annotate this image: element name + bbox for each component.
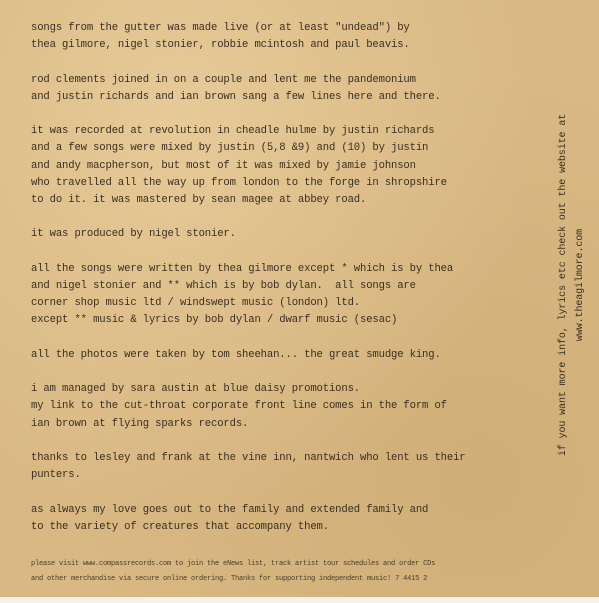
credits-line: and a few songs were mixed by justin (5,…: [31, 140, 531, 157]
credits-paragraph: it was recorded at revolution in cheadle…: [31, 123, 531, 209]
credits-line: thea gilmore, nigel stonier, robbie mcin…: [31, 37, 531, 54]
credits-paragraph: it was produced by nigel stonier.: [31, 226, 531, 243]
website-note-line: if you want more info, lyrics etc check …: [555, 65, 572, 505]
credits-line: thanks to lesley and frank at the vine i…: [31, 450, 531, 467]
credits-line: to the variety of creatures that accompa…: [31, 519, 531, 536]
credits-line: as always my love goes out to the family…: [31, 502, 531, 519]
website-note-vertical: if you want more info, lyrics etc check …: [555, 65, 589, 505]
credits-line: i am managed by sara austin at blue dais…: [31, 381, 531, 398]
credits-line: songs from the gutter was made live (or …: [31, 20, 531, 37]
credits-text: songs from the gutter was made live (or …: [31, 20, 531, 553]
credits-line: punters.: [31, 467, 531, 484]
website-url: www.theagilmore.com: [572, 65, 589, 505]
footer-line-1: please visit www.compassrecords.com to j…: [31, 557, 551, 572]
label-footer: please visit www.compassrecords.com to j…: [31, 557, 551, 586]
credits-line: and justin richards and ian brown sang a…: [31, 89, 531, 106]
credits-line: except ** music & lyrics by bob dylan / …: [31, 312, 531, 329]
credits-paragraph: thanks to lesley and frank at the vine i…: [31, 450, 531, 484]
footer-line-2: and other merchandise via secure online …: [31, 572, 551, 587]
credits-line: it was recorded at revolution in cheadle…: [31, 123, 531, 140]
credits-paragraph: rod clements joined in on a couple and l…: [31, 72, 531, 106]
credits-line: it was produced by nigel stonier.: [31, 226, 531, 243]
credits-line: ian brown at flying sparks records.: [31, 416, 531, 433]
credits-paragraph: i am managed by sara austin at blue dais…: [31, 381, 531, 433]
credits-paragraph: songs from the gutter was made live (or …: [31, 20, 531, 54]
credits-line: to do it. it was mastered by sean magee …: [31, 192, 531, 209]
credits-line: corner shop music ltd / windswept music …: [31, 295, 531, 312]
credits-paragraph: all the photos were taken by tom sheehan…: [31, 347, 531, 364]
liner-notes-page: songs from the gutter was made live (or …: [0, 0, 599, 597]
credits-line: and nigel stonier and ** which is by bob…: [31, 278, 531, 295]
credits-line: all the photos were taken by tom sheehan…: [31, 347, 531, 364]
credits-line: all the songs were written by thea gilmo…: [31, 261, 531, 278]
credits-line: rod clements joined in on a couple and l…: [31, 72, 531, 89]
credits-line: who travelled all the way up from london…: [31, 175, 531, 192]
credits-line: and andy macpherson, but most of it was …: [31, 158, 531, 175]
credits-paragraph: as always my love goes out to the family…: [31, 502, 531, 536]
credits-line: my link to the cut-throat corporate fron…: [31, 398, 531, 415]
credits-paragraph: all the songs were written by thea gilmo…: [31, 261, 531, 330]
